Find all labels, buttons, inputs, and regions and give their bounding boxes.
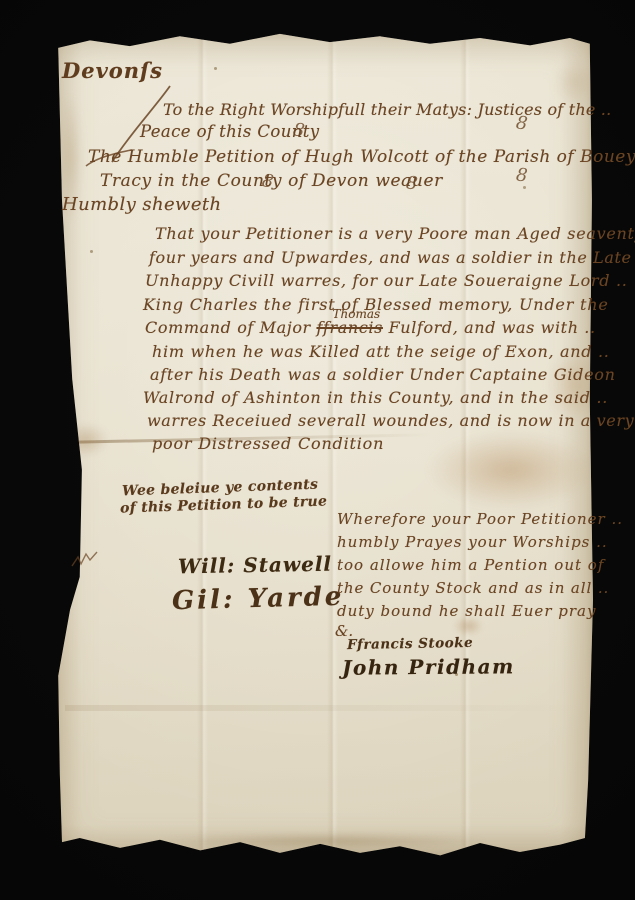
ink-speck (90, 250, 93, 253)
margin-scribble (70, 550, 100, 574)
salutation: Humbly sheweth (62, 194, 222, 215)
body-line-post: Fulford, and was with .. (383, 318, 596, 337)
signature-john-pridham: John Pridham (342, 654, 515, 680)
body-line: four years and Upwardes, and was a soldi… (149, 248, 635, 267)
address-line: Peace of this County (140, 122, 320, 141)
body-line: after his Death was a soldier Under Capt… (150, 365, 616, 384)
body-line: Unhappy Civill warres, for our Late Soue… (145, 271, 628, 290)
prayer-line: too allowe him a Pention out of (337, 556, 604, 574)
flourish-mark: 8 (515, 164, 529, 186)
prayer-line: duty bound he shall Euer pray (337, 602, 596, 620)
address-line: To the Right Worshipfull their Matys: Ju… (163, 100, 611, 119)
stain (160, 833, 490, 849)
stain (427, 431, 595, 509)
body-line: That your Petitioner is a very Poore man… (155, 224, 635, 243)
body-line: him when he was Killed att the seige of … (152, 342, 610, 361)
body-line: poor Distressed Condition (152, 434, 384, 453)
signature-gil-yarde: Gil: Yarde (172, 582, 345, 617)
prayer-line: the County Stock and as in all .. (337, 579, 609, 597)
stain (553, 58, 595, 106)
prayer-line: humbly Prayes your Worships .. (337, 533, 608, 551)
prayer-line: Wherefore your Poor Petitioner .. (337, 510, 623, 528)
stain (61, 423, 109, 457)
inserted-word: Thomas (332, 307, 380, 321)
petition-title-line: The Humble Petition of Hugh Wolcott of t… (88, 147, 635, 167)
correction: Thomasffrancis (316, 318, 382, 337)
signature-will-stawell: Will: Stawell (178, 552, 332, 579)
signature-ffrancis-stooke: Ffrancis Stooke (347, 635, 473, 653)
body-line: Walrond of Ashinton in this County, and … (143, 388, 608, 407)
petition-title-line: Tracy in the County of Devon weauer (100, 171, 443, 191)
horizontal-crease (65, 705, 585, 711)
ink-speck (214, 67, 217, 70)
body-line-pre: Command of Major (145, 318, 316, 337)
body-line-corrected: Command of Major Thomasffrancis Fulford,… (145, 318, 596, 337)
photo-background: 8 8 8 8 8 Devonſs To the Right Worshipfu… (0, 0, 635, 900)
county-heading: Devonſs (62, 58, 163, 83)
body-line: warres Receiued severall woundes, and is… (147, 411, 634, 430)
